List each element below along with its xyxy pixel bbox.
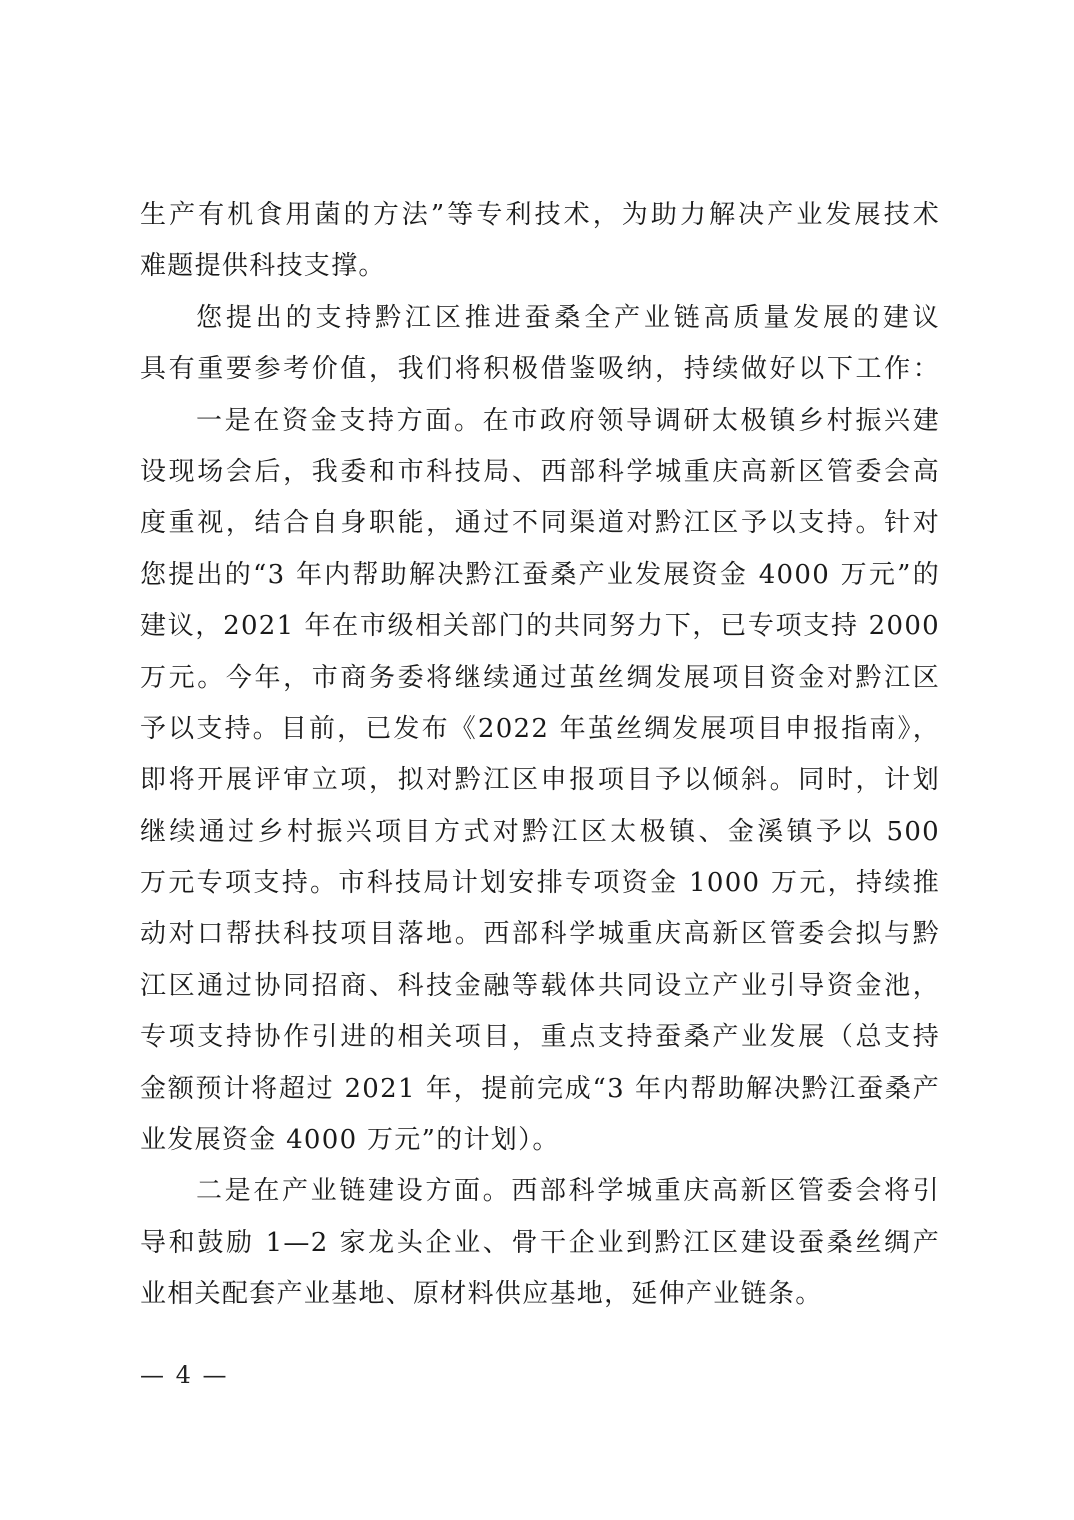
text-line: 二是在产业链建设方面。西部科学城重庆高新区管委会将引 bbox=[140, 1166, 940, 1217]
text-line: 继续通过乡村振兴项目方式对黔江区太极镇、金溪镇予以 500 bbox=[140, 807, 940, 858]
text-line: 您提出的“3 年内帮助解决黔江蚕桑产业发展资金 4000 万元”的 bbox=[140, 550, 940, 601]
text-line: 难题提供科技支撑。 bbox=[140, 241, 940, 292]
text-line: 导和鼓励 1—2 家龙头企业、骨干企业到黔江区建设蚕桑丝绸产 bbox=[140, 1218, 940, 1269]
text-line: 您提出的支持黔江区推进蚕桑全产业链高质量发展的建议 bbox=[140, 293, 940, 344]
document-body: 生产有机食用菌的方法”等专利技术，为助力解决产业发展技术 难题提供科技支撑。 您… bbox=[140, 190, 940, 1321]
paragraph-industry-chain: 二是在产业链建设方面。西部科学城重庆高新区管委会将引 导和鼓励 1—2 家龙头企… bbox=[140, 1166, 940, 1320]
text-line: 生产有机食用菌的方法”等专利技术，为助力解决产业发展技术 bbox=[140, 190, 940, 241]
text-line: 业发展资金 4000 万元”的计划）。 bbox=[140, 1115, 940, 1166]
text-line: 设现场会后，我委和市科技局、西部科学城重庆高新区管委会高 bbox=[140, 447, 940, 498]
text-line: 金额预计将超过 2021 年，提前完成“3 年内帮助解决黔江蚕桑产 bbox=[140, 1064, 940, 1115]
paragraph-funding-support: 一是在资金支持方面。在市政府领导调研太极镇乡村振兴建 设现场会后，我委和市科技局… bbox=[140, 396, 940, 1167]
text-line: 万元。今年，市商务委将继续通过茧丝绸发展项目资金对黔江区 bbox=[140, 653, 940, 704]
text-line: 专项支持协作引进的相关项目，重点支持蚕桑产业发展（总支持 bbox=[140, 1012, 940, 1063]
text-line: 一是在资金支持方面。在市政府领导调研太极镇乡村振兴建 bbox=[140, 396, 940, 447]
text-line: 建议，2021 年在市级相关部门的共同努力下，已专项支持 2000 bbox=[140, 601, 940, 652]
text-line: 动对口帮扶科技项目落地。西部科学城重庆高新区管委会拟与黔 bbox=[140, 909, 940, 960]
text-line: 度重视，结合自身职能，通过不同渠道对黔江区予以支持。针对 bbox=[140, 498, 940, 549]
text-line: 万元专项支持。市科技局计划安排专项资金 1000 万元，持续推 bbox=[140, 858, 940, 909]
page-number: — 4 — bbox=[140, 1358, 229, 1392]
paragraph-continuation: 生产有机食用菌的方法”等专利技术，为助力解决产业发展技术 难题提供科技支撑。 bbox=[140, 190, 940, 293]
text-line: 予以支持。目前，已发布《2022 年茧丝绸发展项目申报指南》， bbox=[140, 704, 940, 755]
document-page: 生产有机食用菌的方法”等专利技术，为助力解决产业发展技术 难题提供科技支撑。 您… bbox=[0, 0, 1074, 1520]
text-line: 即将开展评审立项，拟对黔江区申报项目予以倾斜。同时，计划 bbox=[140, 755, 940, 806]
text-line: 业相关配套产业基地、原材料供应基地，延伸产业链条。 bbox=[140, 1269, 940, 1320]
text-line: 具有重要参考价值，我们将积极借鉴吸纳，持续做好以下工作： bbox=[140, 344, 940, 395]
paragraph-intro: 您提出的支持黔江区推进蚕桑全产业链高质量发展的建议 具有重要参考价值，我们将积极… bbox=[140, 293, 940, 396]
text-line: 江区通过协同招商、科技金融等载体共同设立产业引导资金池， bbox=[140, 961, 940, 1012]
